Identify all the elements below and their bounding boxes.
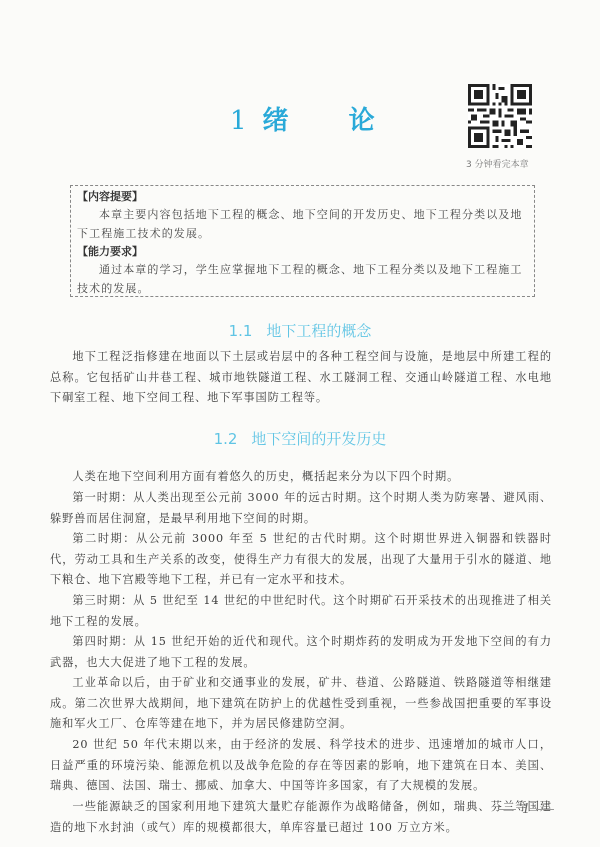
section-title: 地下工程的概念 — [266, 322, 371, 340]
content-summary-text: 本章主要内容包括地下工程的概念、地下空间的开发历史、地下工程分类以及地下工程施工… — [77, 205, 528, 243]
chapter-summary-box: 【内容提要】 本章主要内容包括地下工程的概念、地下空间的开发历史、地下工程分类以… — [70, 185, 535, 297]
divider — [536, 809, 554, 810]
divider — [498, 809, 516, 810]
chapter-number: 1 — [230, 106, 247, 136]
paragraph: 20 世纪 50 年代末期以来，由于经济的发展、科学技术的进步、迅速增加的城市人… — [50, 735, 552, 797]
ability-requirement-heading: 【能力要求】 — [77, 243, 528, 260]
page-number-value: 1 — [522, 802, 530, 817]
paragraph: 第二时期：从公元前 3000 年至 5 世纪的古代时期。这个时期世界进入铜器和铁… — [50, 529, 552, 591]
section-number: 1.2 — [214, 430, 238, 448]
chapter-title-char-1: 绪 — [263, 106, 289, 136]
ability-requirement-text: 通过本章的学习，学生应掌握地下工程的概念、地下工程分类以及地下工程施工技术的发展… — [77, 260, 528, 298]
section-heading-1-2: 1.2地下空间的开发历史 — [0, 428, 600, 449]
qr-caption: 3 分钟看完本章 — [466, 157, 529, 170]
paragraph: 第一时期：从人类出现至公元前 3000 年的远古时期。这个时期人类为防寒暑、避风… — [50, 488, 552, 529]
chapter-title: 1绪论 — [230, 100, 375, 137]
section-heading-1-1: 1.1地下工程的概念 — [0, 320, 600, 341]
section-title: 地下空间的开发历史 — [251, 430, 386, 448]
paragraph: 一些能源缺乏的国家利用地下建筑大量贮存能源作为战略储备，例如，瑞典、芬兰等国建造… — [50, 797, 552, 838]
paragraph: 工业革命以后，由于矿业和交通事业的发展，矿井、巷道、公路隧道、铁路隧道等相继建成… — [50, 673, 552, 735]
chapter-title-char-2: 论 — [349, 106, 375, 136]
page-number: 1 — [492, 802, 560, 817]
paragraph: 地下工程泛指修建在地面以下土层或岩层中的各种工程空间与设施，是地层中所建工程的总… — [50, 347, 552, 409]
paragraph: 第三时期：从 5 世纪至 14 世纪的中世纪时代。这个时期矿石开采技术的出现推进… — [50, 591, 552, 632]
paragraph: 第四时期：从 15 世纪开始的近代和现代。这个时期炸药的发明成为开发地下空间的有… — [50, 632, 552, 673]
qr-code-icon[interactable] — [468, 84, 532, 148]
section-number: 1.1 — [229, 322, 253, 340]
paragraph: 人类在地下空间利用方面有着悠久的历史，概括起来分为以下四个时期。 — [50, 467, 552, 488]
content-summary-heading: 【内容提要】 — [77, 188, 528, 205]
